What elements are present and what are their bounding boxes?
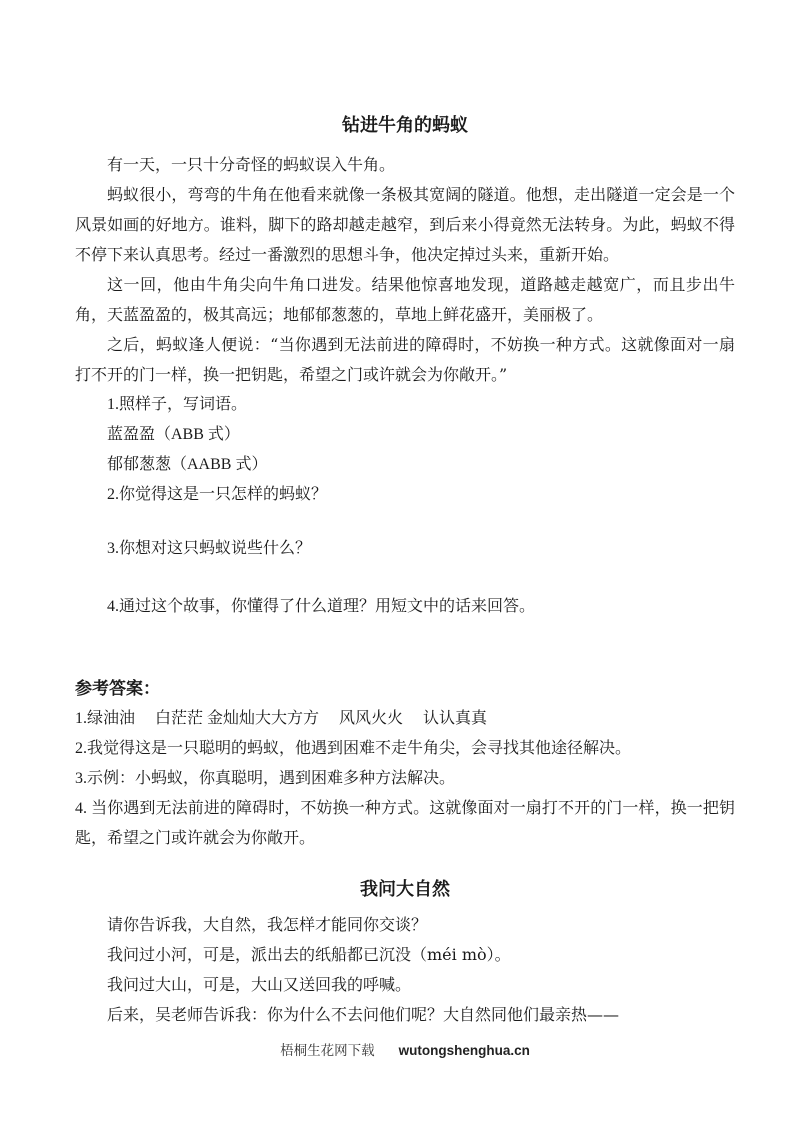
question-3: 3.你想对这只蚂蚁说些什么？ xyxy=(75,534,735,564)
passage2-line: 后来，吴老师告诉我：你为什么不去问他们呢？大自然同他们最亲热—— xyxy=(75,1000,735,1030)
passage1-paragraph: 有一天，一只十分奇怪的蚂蚁误入牛角。 xyxy=(75,150,735,180)
answers-heading: 参考答案： xyxy=(75,674,735,704)
question-1: 1.照样子，写词语。 xyxy=(75,390,735,420)
footer-site-url: wutongshenghua.cn xyxy=(399,1043,530,1058)
answer-item-1: 1.绿油油 白茫茫 金灿灿大大方方 风风火火 认认真真 xyxy=(75,704,735,734)
answers-section: 参考答案： 1.绿油油 白茫茫 金灿灿大大方方 风风火火 认认真真 2.我觉得这… xyxy=(75,674,735,854)
question-1-example-abb: 蓝盈盈（ABB 式） xyxy=(75,420,735,450)
passage2-title: 我问大自然 xyxy=(75,874,735,904)
passage1-paragraph: 蚂蚁很小，弯弯的牛角在他看来就像一条极其宽阔的隧道。他想，走出隧道一定会是一个风… xyxy=(75,180,735,270)
answer-item-2: 2.我觉得这是一只聪明的蚂蚁，他遇到困难不走牛角尖，会寻找其他途径解决。 xyxy=(75,734,735,764)
passage2-line: 我问过大山，可是，大山又送回我的呼喊。 xyxy=(75,970,735,1000)
document-page: 钻进牛角的蚂蚁 有一天，一只十分奇怪的蚂蚁误入牛角。 蚂蚁很小，弯弯的牛角在他看… xyxy=(0,0,793,1122)
footer-site-name: 梧桐生花网下载 xyxy=(280,1043,375,1058)
passage1-paragraph: 这一回，他由牛角尖向牛角口进发。结果他惊喜地发现，道路越走越宽广，而且步出牛角，… xyxy=(75,270,735,330)
page-footer: 梧桐生花网下载wutongshenghua.cn xyxy=(75,1042,735,1060)
passage1-paragraph: 之后，蚂蚁逢人便说：“当你遇到无法前进的障碍时，不妨换一种方式。这就像面对一扇打… xyxy=(75,330,735,390)
question-2: 2.你觉得这是一只怎样的蚂蚁？ xyxy=(75,480,735,510)
passage2-line: 请你告诉我，大自然，我怎样才能同你交谈？ xyxy=(75,910,735,940)
passage2-line: 我问过小河，可是，派出去的纸船都已沉没（méi mò）。 xyxy=(75,940,735,970)
question-4: 4.通过这个故事，你懂得了什么道理？用短文中的话来回答。 xyxy=(75,592,735,622)
answer-item-4: 4. 当你遇到无法前进的障碍时，不妨换一种方式。这就像面对一扇打不开的门一样，换… xyxy=(75,794,735,854)
passage1-title: 钻进牛角的蚂蚁 xyxy=(75,110,735,140)
question-1-example-aabb: 郁郁葱葱（AABB 式） xyxy=(75,450,735,480)
answer-item-3: 3.示例：小蚂蚁，你真聪明，遇到困难多种方法解决。 xyxy=(75,764,735,794)
